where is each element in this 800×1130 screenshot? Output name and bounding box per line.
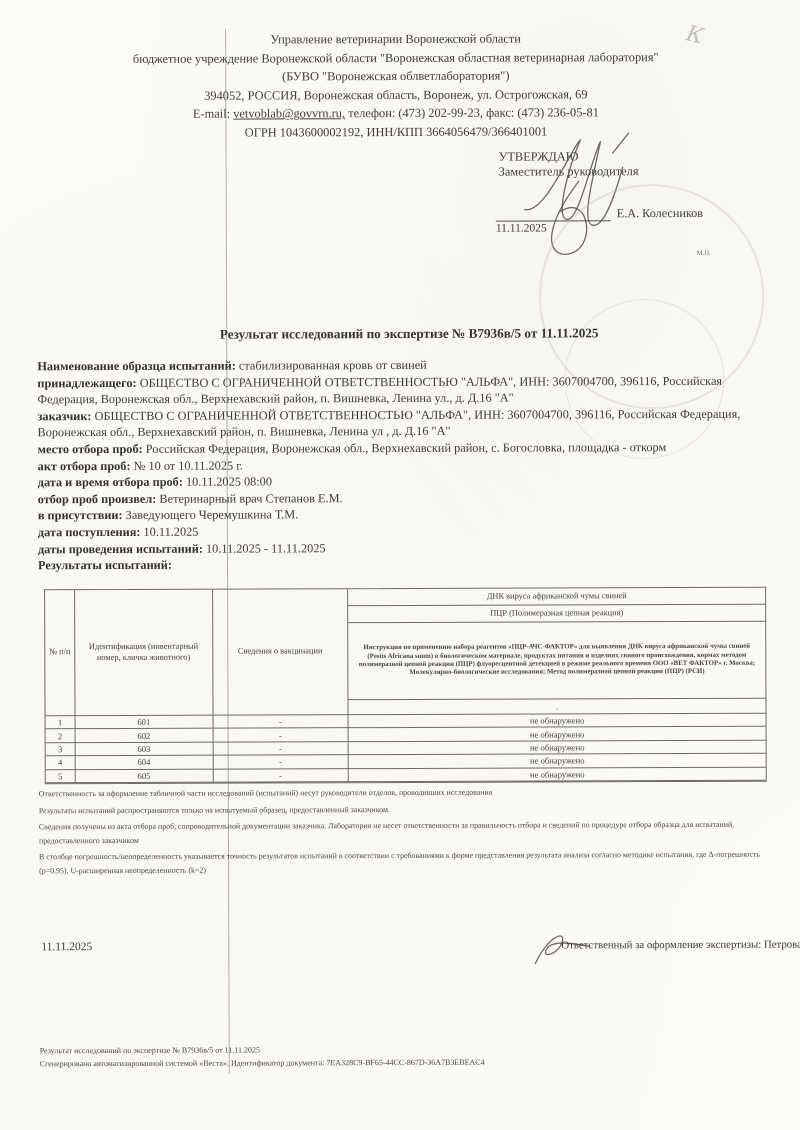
detail-value: стабилизированная кровь от свиней — [239, 358, 427, 373]
sample-details: Наименование образца испытаний: стабилиз… — [37, 356, 766, 574]
detail-line: место отбора проб: Российская Федерация,… — [38, 439, 766, 458]
document-footer: Результат исследований по экспертизе № В… — [40, 1042, 780, 1071]
detail-line: заказчик: ОБЩЕСТВО С ОГРАНИЧЕННОЙ ОТВЕТС… — [37, 406, 765, 442]
cell-vaccination: - — [213, 742, 349, 756]
cell-num: 2 — [46, 730, 76, 743]
result-header-target: ДНК вируса африканской чумы свиней — [348, 588, 765, 606]
cell-result: не обнаружено — [349, 767, 766, 782]
detail-value: Ветеринарный врач Степанов Е.М. — [159, 491, 342, 506]
email-link[interactable]: vetvoblab@govvrn.ru, — [233, 107, 345, 121]
cell-result: не обнаружено — [349, 741, 766, 756]
cell-id: 601 — [75, 716, 213, 730]
cell-vaccination: - — [213, 769, 349, 783]
detail-value: Заведующего Черемушкина Т.М. — [126, 508, 299, 523]
cell-num: 5 — [46, 770, 76, 783]
org-registration-numbers: ОГРН 1043600002192, ИНН/КПП 3664056479/3… — [18, 122, 773, 143]
detail-line: принадлежащего: ОБЩЕСТВО С ОГРАНИЧЕННОЙ … — [37, 372, 765, 408]
approve-date: 11.11.2025 — [496, 222, 547, 234]
col-header-identification: Идентификация (инвентарный номер, кличка… — [75, 590, 213, 716]
cell-vaccination: - — [213, 755, 349, 769]
cell-result: не обнаружено — [349, 714, 766, 729]
signoff-date: 11.11.2025 — [41, 941, 92, 953]
disclaimer-notes: Ответственность за оформление табличной … — [39, 785, 769, 881]
cell-id: 602 — [76, 729, 214, 743]
responsible-label: Ответственный за оформление экспертизы: … — [561, 939, 800, 952]
cell-num: 3 — [46, 743, 76, 756]
cell-result: не обнаружено — [349, 754, 766, 769]
table-header-row: № п/п Идентификация (инвентарный номер, … — [45, 588, 765, 717]
note-line: Сведения получены из акта отбора проб, с… — [39, 818, 769, 848]
scanned-document-page: К Управление ветеринарии Воронежской обл… — [0, 0, 800, 1130]
table-row: 5 605 - не обнаружено — [46, 767, 766, 783]
detail-value: Российская Федерация, Воронежская обл., … — [146, 440, 667, 456]
note-line: Результаты испытаний распространяются то… — [39, 801, 769, 817]
detail-value: 10.11.2025 - 11.11.2025 — [206, 541, 326, 555]
result-header-method: ПЦР (Полимеразная цепная реакция) — [348, 605, 765, 623]
detail-value: ОБЩЕСТВО С ОГРАНИЧЕННОЙ ОТВЕТСТВЕННОСТЬЮ… — [37, 373, 722, 406]
detail-value: ОБЩЕСТВО С ОГРАНИЧЕННОЙ ОТВЕТСТВЕННОСТЬЮ… — [38, 407, 741, 440]
detail-value: 10.11.2025 08:00 — [186, 475, 272, 489]
note-line: В столбце погрешность/неопределенность у… — [39, 848, 769, 878]
detail-label: Наименование образца испытаний: — [37, 359, 236, 374]
footer-generated-by: Сгенерировано автоматизированной системо… — [40, 1055, 780, 1071]
cell-id: 605 — [76, 769, 214, 783]
page-title: Результат исследований по экспертизе № В… — [29, 325, 789, 344]
results-table: № п/п Идентификация (инвентарный номер, … — [44, 587, 767, 784]
col-header-vaccination: Сведения о вакцинации — [213, 589, 349, 715]
detail-label: даты проведения испытаний: — [38, 541, 203, 556]
detail-label: принадлежащего: — [37, 376, 136, 390]
email-label: E-mail: — [193, 107, 230, 121]
signoff-right: Ответственный за оформление экспертизы: … — [531, 929, 776, 975]
detail-label: Результаты испытаний: — [38, 558, 172, 572]
note-line: Ответственность за оформление табличной … — [39, 785, 769, 801]
result-header-units: . — [349, 699, 766, 714]
detail-label: заказчик: — [37, 409, 91, 423]
col-header-result-stack: ДНК вируса африканской чумы свиней ПЦР (… — [348, 588, 765, 715]
detail-label: место отбора проб: — [38, 442, 143, 456]
col-header-num: № п/п — [45, 590, 75, 716]
detail-label: дата и время отбора проб: — [38, 475, 183, 490]
detail-line: Результаты испытаний: — [38, 555, 766, 574]
detail-label: в присутствии: — [38, 508, 123, 522]
cell-vaccination: - — [213, 729, 349, 743]
result-header-instruction: Инструкция по применению набора реагенто… — [348, 621, 765, 700]
cell-result: не обнаружено — [349, 727, 766, 742]
detail-value: № 10 от 10.11.2025 г. — [134, 458, 243, 472]
cell-num: 1 — [46, 716, 76, 729]
cell-id: 604 — [76, 756, 214, 770]
detail-value: 10.11.2025 — [143, 525, 198, 539]
cell-vaccination: - — [213, 715, 349, 729]
org-header: Управление ветеринарии Воронежской облас… — [18, 29, 773, 143]
phone-fax: телефон: (473) 202-99-23, факс: (473) 23… — [348, 106, 599, 121]
detail-label: отбор проб произвел: — [38, 492, 157, 506]
detail-label: акт отбора проб: — [38, 459, 131, 473]
detail-label: дата поступления: — [38, 525, 141, 539]
approval-block: УТВЕРЖДАЮ Заместитель руководителя Е.А. … — [499, 149, 779, 180]
cell-num: 4 — [46, 756, 76, 769]
cell-id: 603 — [76, 742, 214, 756]
